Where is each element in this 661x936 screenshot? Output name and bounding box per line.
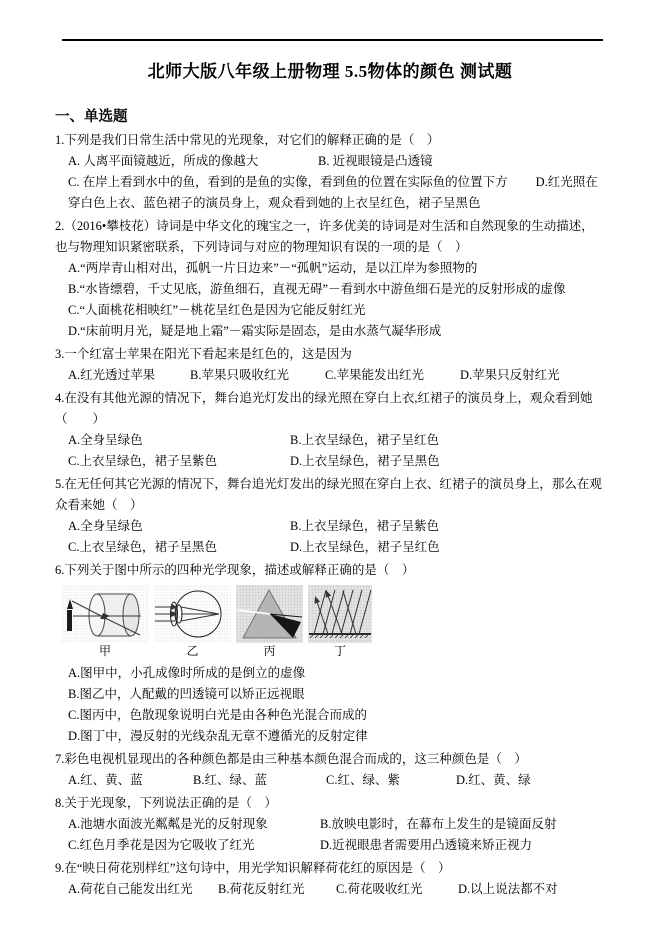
question-6: 6.下列关于图中所示的四种光学现象，描述或解释正确的是（ ） [55, 560, 605, 747]
option-row: A.池塘水面波光粼粼是光的反射现象B.放映电影时，在幕布上发生的是镜面反射 [55, 814, 605, 835]
pinhole-imaging-diagram [61, 585, 149, 643]
option-c: C.苹果能发出红光 [325, 365, 460, 386]
eye-refraction-diagram [154, 585, 231, 643]
option-row: A.红光透过苹果B.苹果只吸收红光C.苹果能发出红光D.苹果只反射红光 [55, 365, 605, 386]
figure-label: 乙 [154, 643, 231, 660]
option-row: A.全身呈绿色B.上衣呈绿色，裙子呈红色 [55, 430, 605, 451]
option-c: C.红色月季花是因为它吸收了红光 [68, 835, 320, 856]
option-b: B.红、绿、蓝 [193, 770, 326, 791]
option-d: D.图丁中，漫反射的光线杂乱无章不遵循光的反射定律 [55, 726, 605, 747]
option-c: C.荷花吸收红光 [336, 879, 458, 900]
option-a: A.全身呈绿色 [68, 516, 290, 537]
option-b: B.上衣呈绿色，裙子呈紫色 [290, 516, 439, 537]
option-b: B. 近视眼镜是凸透镜 [318, 151, 433, 172]
option-a: A.“两岸青山相对出，孤帆一片日边来”－“孤帆”运动，是以江岸为参照物的 [55, 258, 605, 279]
option-d: D.以上说法都不对 [458, 879, 558, 900]
option-b: B.图乙中，人配戴的凹透镜可以矫正远视眼 [55, 684, 605, 705]
option-d: D.上衣呈绿色，裙子呈红色 [290, 537, 440, 558]
option-row: C.上衣呈绿色，裙子呈黑色D.上衣呈绿色，裙子呈红色 [55, 537, 605, 558]
option-b: B.上衣呈绿色，裙子呈红色 [290, 430, 439, 451]
option-row: C.红色月季花是因为它吸收了红光D.近视眼患者需要用凸透镜来矫正视力 [55, 835, 605, 856]
option-c: C.红、绿、紫 [326, 770, 456, 791]
option-b: B.荷花反射红光 [218, 879, 336, 900]
question-stem: 5.在无任何其它光源的情况下，舞台追光灯发出的绿光照在穿白上衣、红裙子的演员身上… [55, 474, 605, 516]
option-row: A.荷花自己能发出红光B.荷花反射红光C.荷花吸收红光D.以上说法都不对 [55, 879, 605, 900]
question-stem: 6.下列关于图中所示的四种光学现象，描述或解释正确的是（ ） [55, 560, 605, 581]
option-a: A.荷花自己能发出红光 [68, 879, 218, 900]
option-b: B.放映电影时，在幕布上发生的是镜面反射 [320, 814, 556, 835]
option-a: A.全身呈绿色 [68, 430, 290, 451]
question-9: 9.在“映日荷花别样红”这句诗中，用光学知识解释荷花红的原因是（ ） A.荷花自… [55, 858, 605, 900]
option-c: C.上衣呈绿色，裙子呈紫色 [68, 451, 290, 472]
option-b: B.“水皆缥碧，千丈见底，游鱼细石，直视无碍”－看到水中游鱼细石是光的反射形成的… [55, 279, 605, 300]
option-row: C.上衣呈绿色，裙子呈紫色D.上衣呈绿色，裙子呈黑色 [55, 451, 605, 472]
option-d: D.“床前明月光，疑是地上霜”－霜实际是固态，是由水蒸气凝华形成 [55, 321, 605, 342]
diffuse-reflection-diagram [308, 585, 372, 643]
question-stem: 7.彩色电视机显现出的各种颜色都是由三种基本颜色混合而成的，这三种颜色是（ ） [55, 749, 605, 770]
option-d: D.苹果只反射红光 [460, 365, 560, 386]
question-stem: 1.下列是我们日常生活中常见的光现象，对它们的解释正确的是（ ） [55, 130, 605, 151]
question-7: 7.彩色电视机显现出的各种颜色都是由三种基本颜色混合而成的，这三种颜色是（ ） … [55, 749, 605, 791]
option-a: A.红光透过苹果 [68, 365, 190, 386]
option-a: A.池塘水面波光粼粼是光的反射现象 [68, 814, 320, 835]
option-a: A. 人离平面镜越近，所成的像越大 [68, 151, 318, 172]
question-5: 5.在无任何其它光源的情况下，舞台追光灯发出的绿光照在穿白上衣、红裙子的演员身上… [55, 474, 605, 558]
figure-label: 丙 [236, 643, 303, 660]
question-1: 1.下列是我们日常生活中常见的光现象，对它们的解释正确的是（ ） A. 人离平面… [55, 130, 605, 214]
question-stem: 9.在“映日荷花别样红”这句诗中，用光学知识解释荷花红的原因是（ ） [55, 858, 605, 879]
option-d: D.红、黄、绿 [456, 770, 531, 791]
question-3: 3.一个红富士苹果在阳光下看起来是红色的，这是因为 A.红光透过苹果B.苹果只吸… [55, 344, 605, 386]
option-row: A.红、黄、蓝B.红、绿、蓝C.红、绿、紫D.红、黄、绿 [55, 770, 605, 791]
figure-label: 甲 [61, 643, 149, 660]
question-stem: 4.在没有其他光源的情况下，舞台追光灯发出的绿光照在穿白上衣,红裙子的演员身上，… [55, 388, 605, 430]
option-d: D.上衣呈绿色，裙子呈黑色 [290, 451, 440, 472]
option-b: B.苹果只吸收红光 [190, 365, 325, 386]
question-stem: 3.一个红富士苹果在阳光下看起来是红色的，这是因为 [55, 344, 605, 365]
question-2: 2.（2016•攀枝花）诗词是中华文化的瑰宝之一，许多优美的诗词是对生活和自然现… [55, 216, 605, 342]
figure-panels [61, 585, 377, 643]
figure-labels: 甲 乙 丙 丁 [61, 643, 377, 660]
question-stem: 8.关于光现象，下列说法正确的是（ ） [55, 793, 605, 814]
option-c: C.上衣呈绿色，裙子呈黑色 [68, 537, 290, 558]
figure-label: 丁 [308, 643, 372, 660]
question-8: 8.关于光现象，下列说法正确的是（ ） A.池塘水面波光粼粼是光的反射现象B.放… [55, 793, 605, 856]
option-row: A. 人离平面镜越近，所成的像越大B. 近视眼镜是凸透镜 [55, 151, 605, 172]
section-heading: 一、单选题 [55, 106, 605, 128]
page-title: 北师大版八年级上册物理 5.5物体的颜色 测试题 [55, 59, 605, 85]
question-stem: 2.（2016•攀枝花）诗词是中华文化的瑰宝之一，许多优美的诗词是对生活和自然现… [55, 216, 605, 258]
option-c: C. 在岸上看到水中的鱼，看到的是鱼的实像，看到鱼的位置在实际鱼的位置下方 [68, 175, 508, 189]
option-row: C. 在岸上看到水中的鱼，看到的是鱼的实像，看到鱼的位置在实际鱼的位置下方D.红… [55, 172, 605, 214]
option-d: D.近视眼患者需要用凸透镜来矫正视力 [320, 835, 532, 856]
prism-dispersion-diagram [236, 585, 303, 643]
option-row: A.全身呈绿色B.上衣呈绿色，裙子呈紫色 [55, 516, 605, 537]
header-rule [62, 39, 603, 41]
optics-figure: 甲 乙 丙 丁 [61, 585, 377, 660]
option-c: C.图丙中，色散现象说明白光是由各种色光混合而成的 [55, 705, 605, 726]
test-paper: 北师大版八年级上册物理 5.5物体的颜色 测试题 一、单选题 1.下列是我们日常… [0, 39, 661, 900]
option-a: A.图甲中，小孔成像时所成的是倒立的虚像 [55, 663, 605, 684]
question-4: 4.在没有其他光源的情况下，舞台追光灯发出的绿光照在穿白上衣,红裙子的演员身上，… [55, 388, 605, 472]
option-c: C.“人面桃花相映红”－桃花呈红色是因为它能反射红光 [55, 300, 605, 321]
option-a: A.红、黄、蓝 [68, 770, 193, 791]
